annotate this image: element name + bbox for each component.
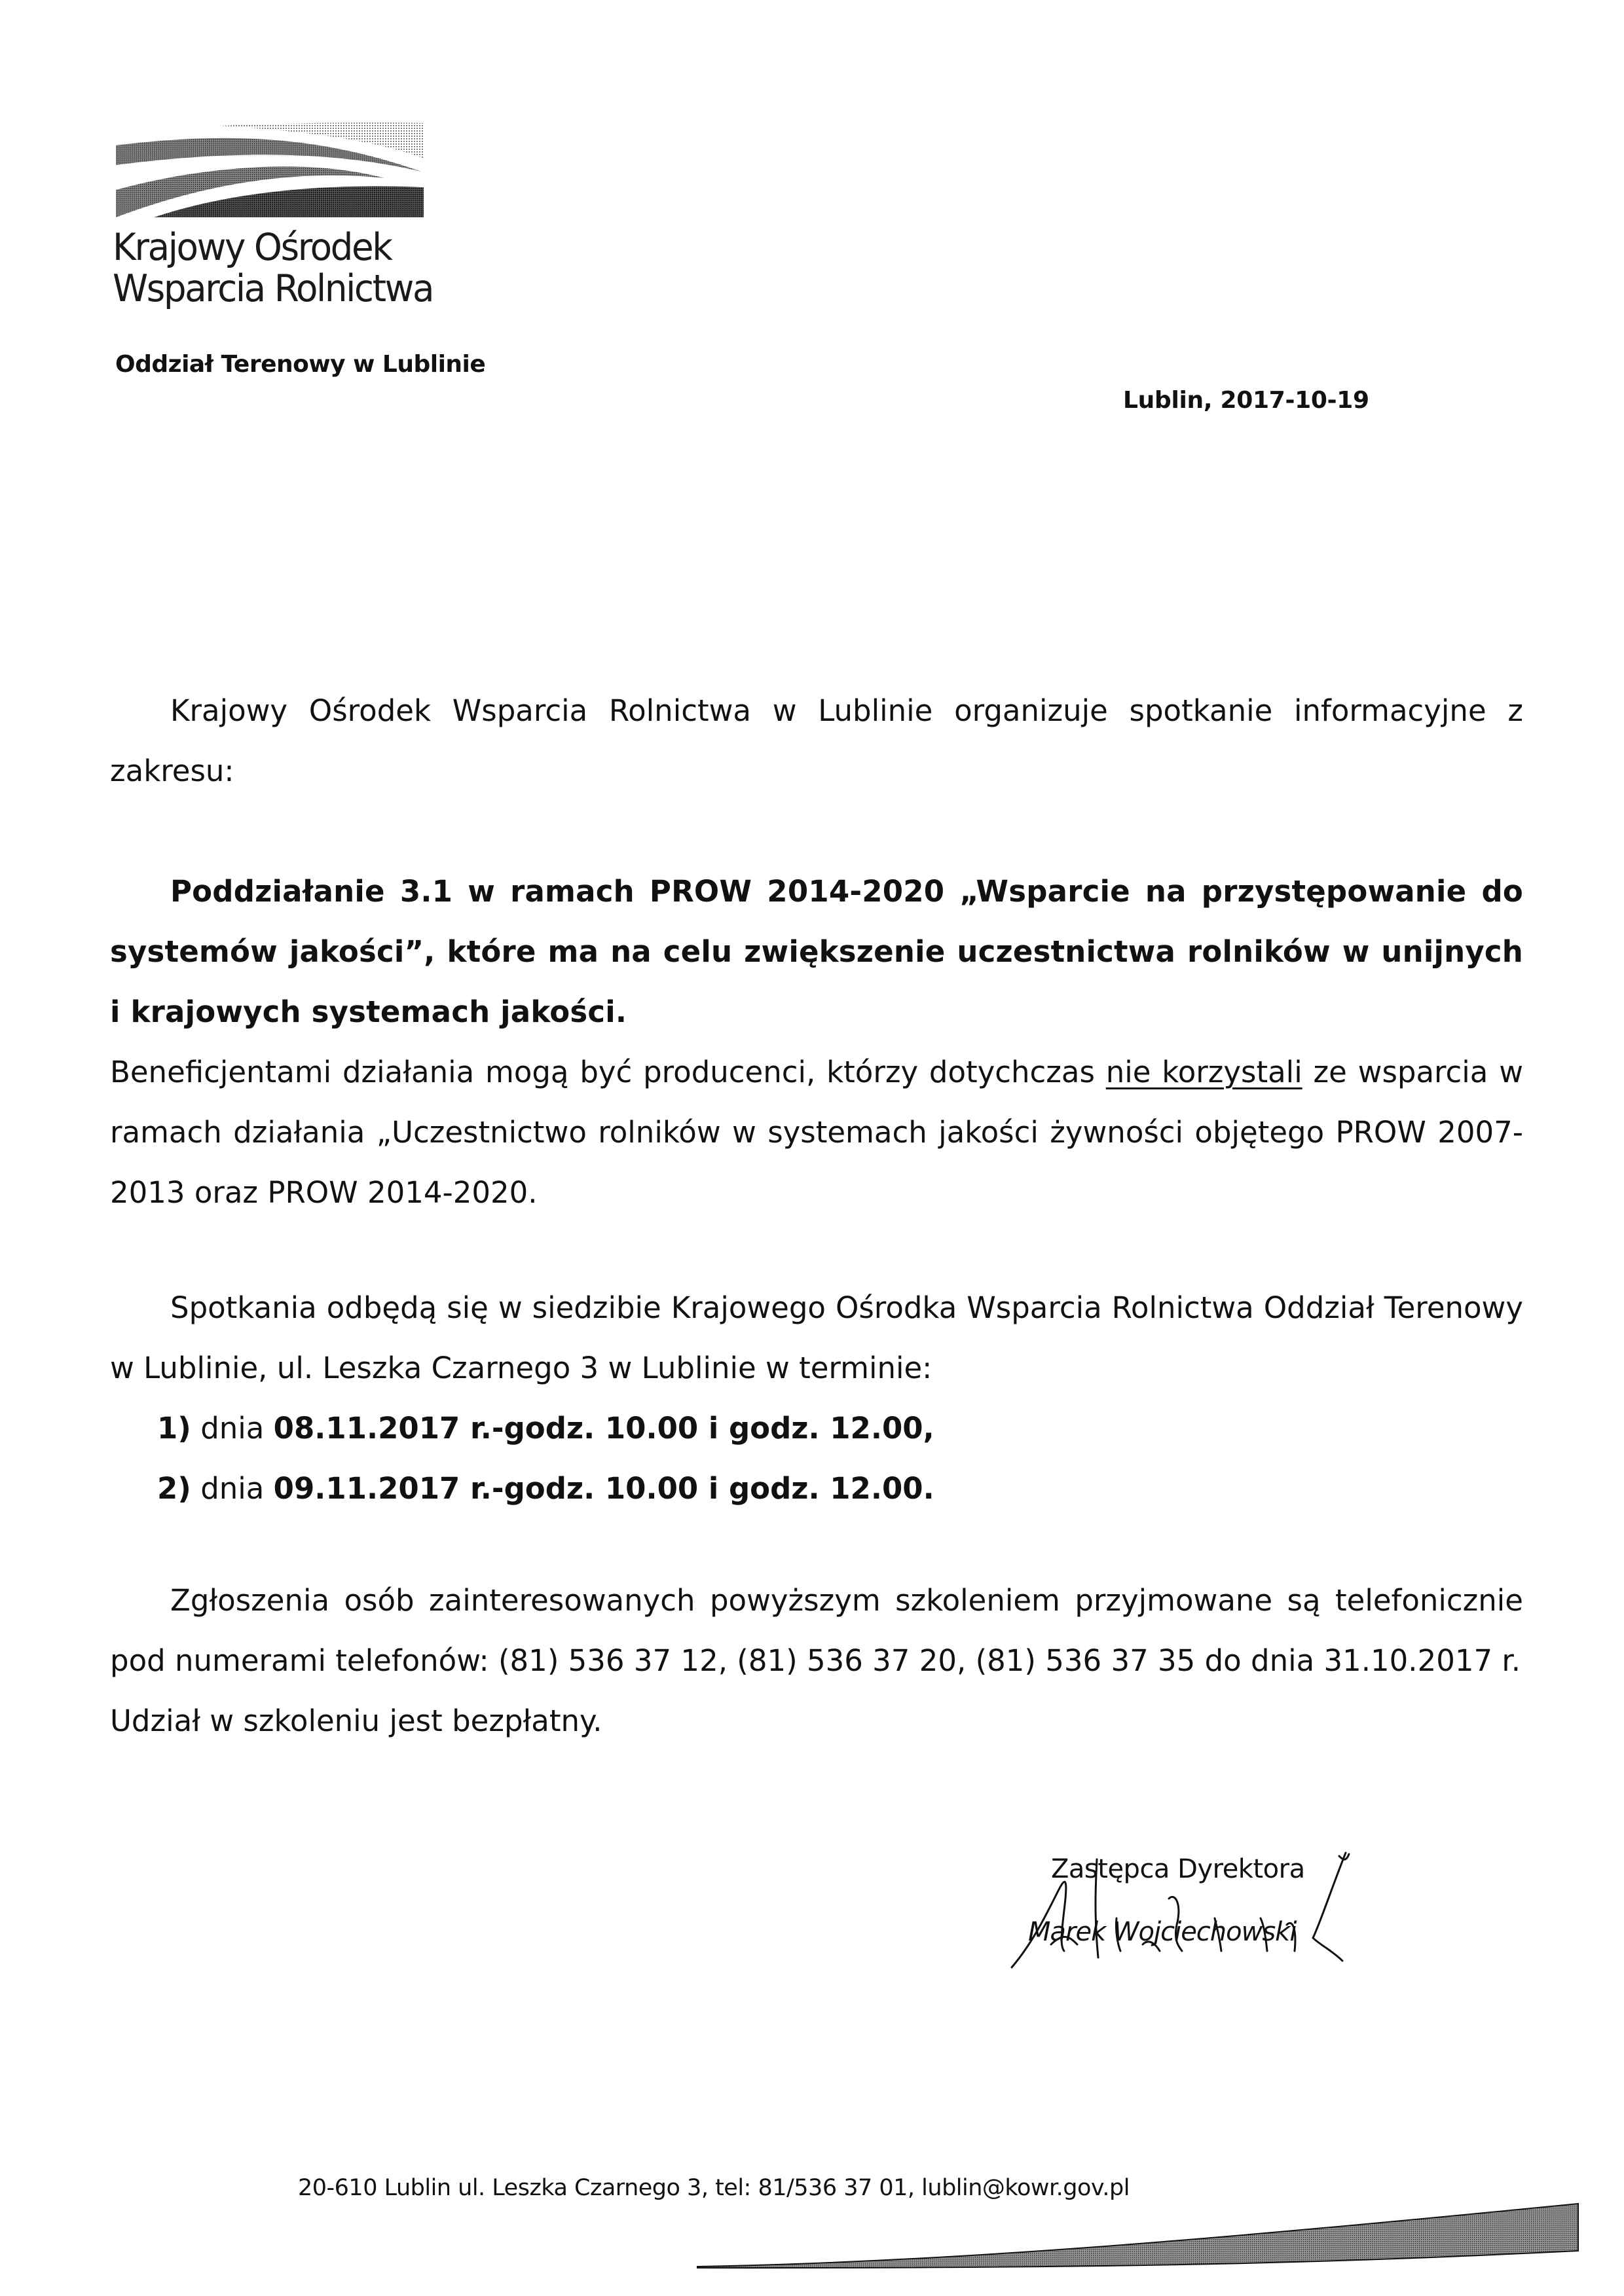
measure-section: Poddziałanie 3.1 w ramach PROW 2014-2020… (110, 862, 1523, 1223)
kowr-logo-icon (115, 119, 426, 219)
intro-text: Krajowy Ośrodek Wsparcia Rolnictwa w Lub… (110, 681, 1523, 801)
footer-wedge-decoration-icon (694, 2200, 1585, 2273)
branch-name: Oddział Terenowy w Lublinie (115, 351, 485, 378)
meeting-details: 09.11.2017 r.-godz. 10.00 i godz. 12.00. (274, 1471, 934, 1506)
meeting-item-1: 1) dnia 08.11.2017 r.-godz. 10.00 i godz… (110, 1398, 1523, 1459)
registration-text: Zgłoszenia osób zainteresowanych powyższ… (110, 1571, 1523, 1691)
free-note: Udział w szkoleniu jest bezpłatny. (110, 1691, 1523, 1751)
beneficiaries-underlined: nie korzystali (1106, 1055, 1302, 1089)
intro-paragraph: Krajowy Ośrodek Wsparcia Rolnictwa w Lub… (110, 681, 1523, 801)
registration-section: Zgłoszenia osób zainteresowanych powyższ… (110, 1571, 1523, 1751)
beneficiaries-text-before: Beneficjentami działania mogą być produc… (110, 1055, 1106, 1089)
meeting-number: 2) (157, 1471, 191, 1506)
place-date: Lublin, 2017-10-19 (1123, 387, 1369, 414)
signatory-title: Zastępca Dyrektora (1051, 1854, 1305, 1884)
footer-address: 20-610 Lublin ul. Leszka Czarnego 3, tel… (298, 2175, 1130, 2201)
beneficiaries-paragraph: Beneficjentami działania mogą być produc… (110, 1042, 1523, 1223)
logo-text-line1: Krajowy Ośrodek (113, 229, 392, 266)
logo-text-line2: Wsparcia Rolnictwa (113, 270, 433, 308)
measure-title: Poddziałanie 3.1 w ramach PROW 2014-2020… (110, 862, 1523, 1042)
meeting-prefix: dnia (191, 1411, 274, 1446)
meeting-number: 1) (157, 1411, 191, 1446)
meetings-intro: Spotkania odbędą się w siedzibie Krajowe… (110, 1278, 1523, 1398)
signatory-name: Marek Wojciechowski (1028, 1917, 1296, 1947)
meeting-details: 08.11.2017 r.-godz. 10.00 i godz. 12.00, (274, 1411, 934, 1446)
meeting-prefix: dnia (191, 1471, 274, 1506)
meetings-section: Spotkania odbędą się w siedzibie Krajowe… (110, 1278, 1523, 1519)
meeting-item-2: 2) dnia 09.11.2017 r.-godz. 10.00 i godz… (110, 1459, 1523, 1519)
